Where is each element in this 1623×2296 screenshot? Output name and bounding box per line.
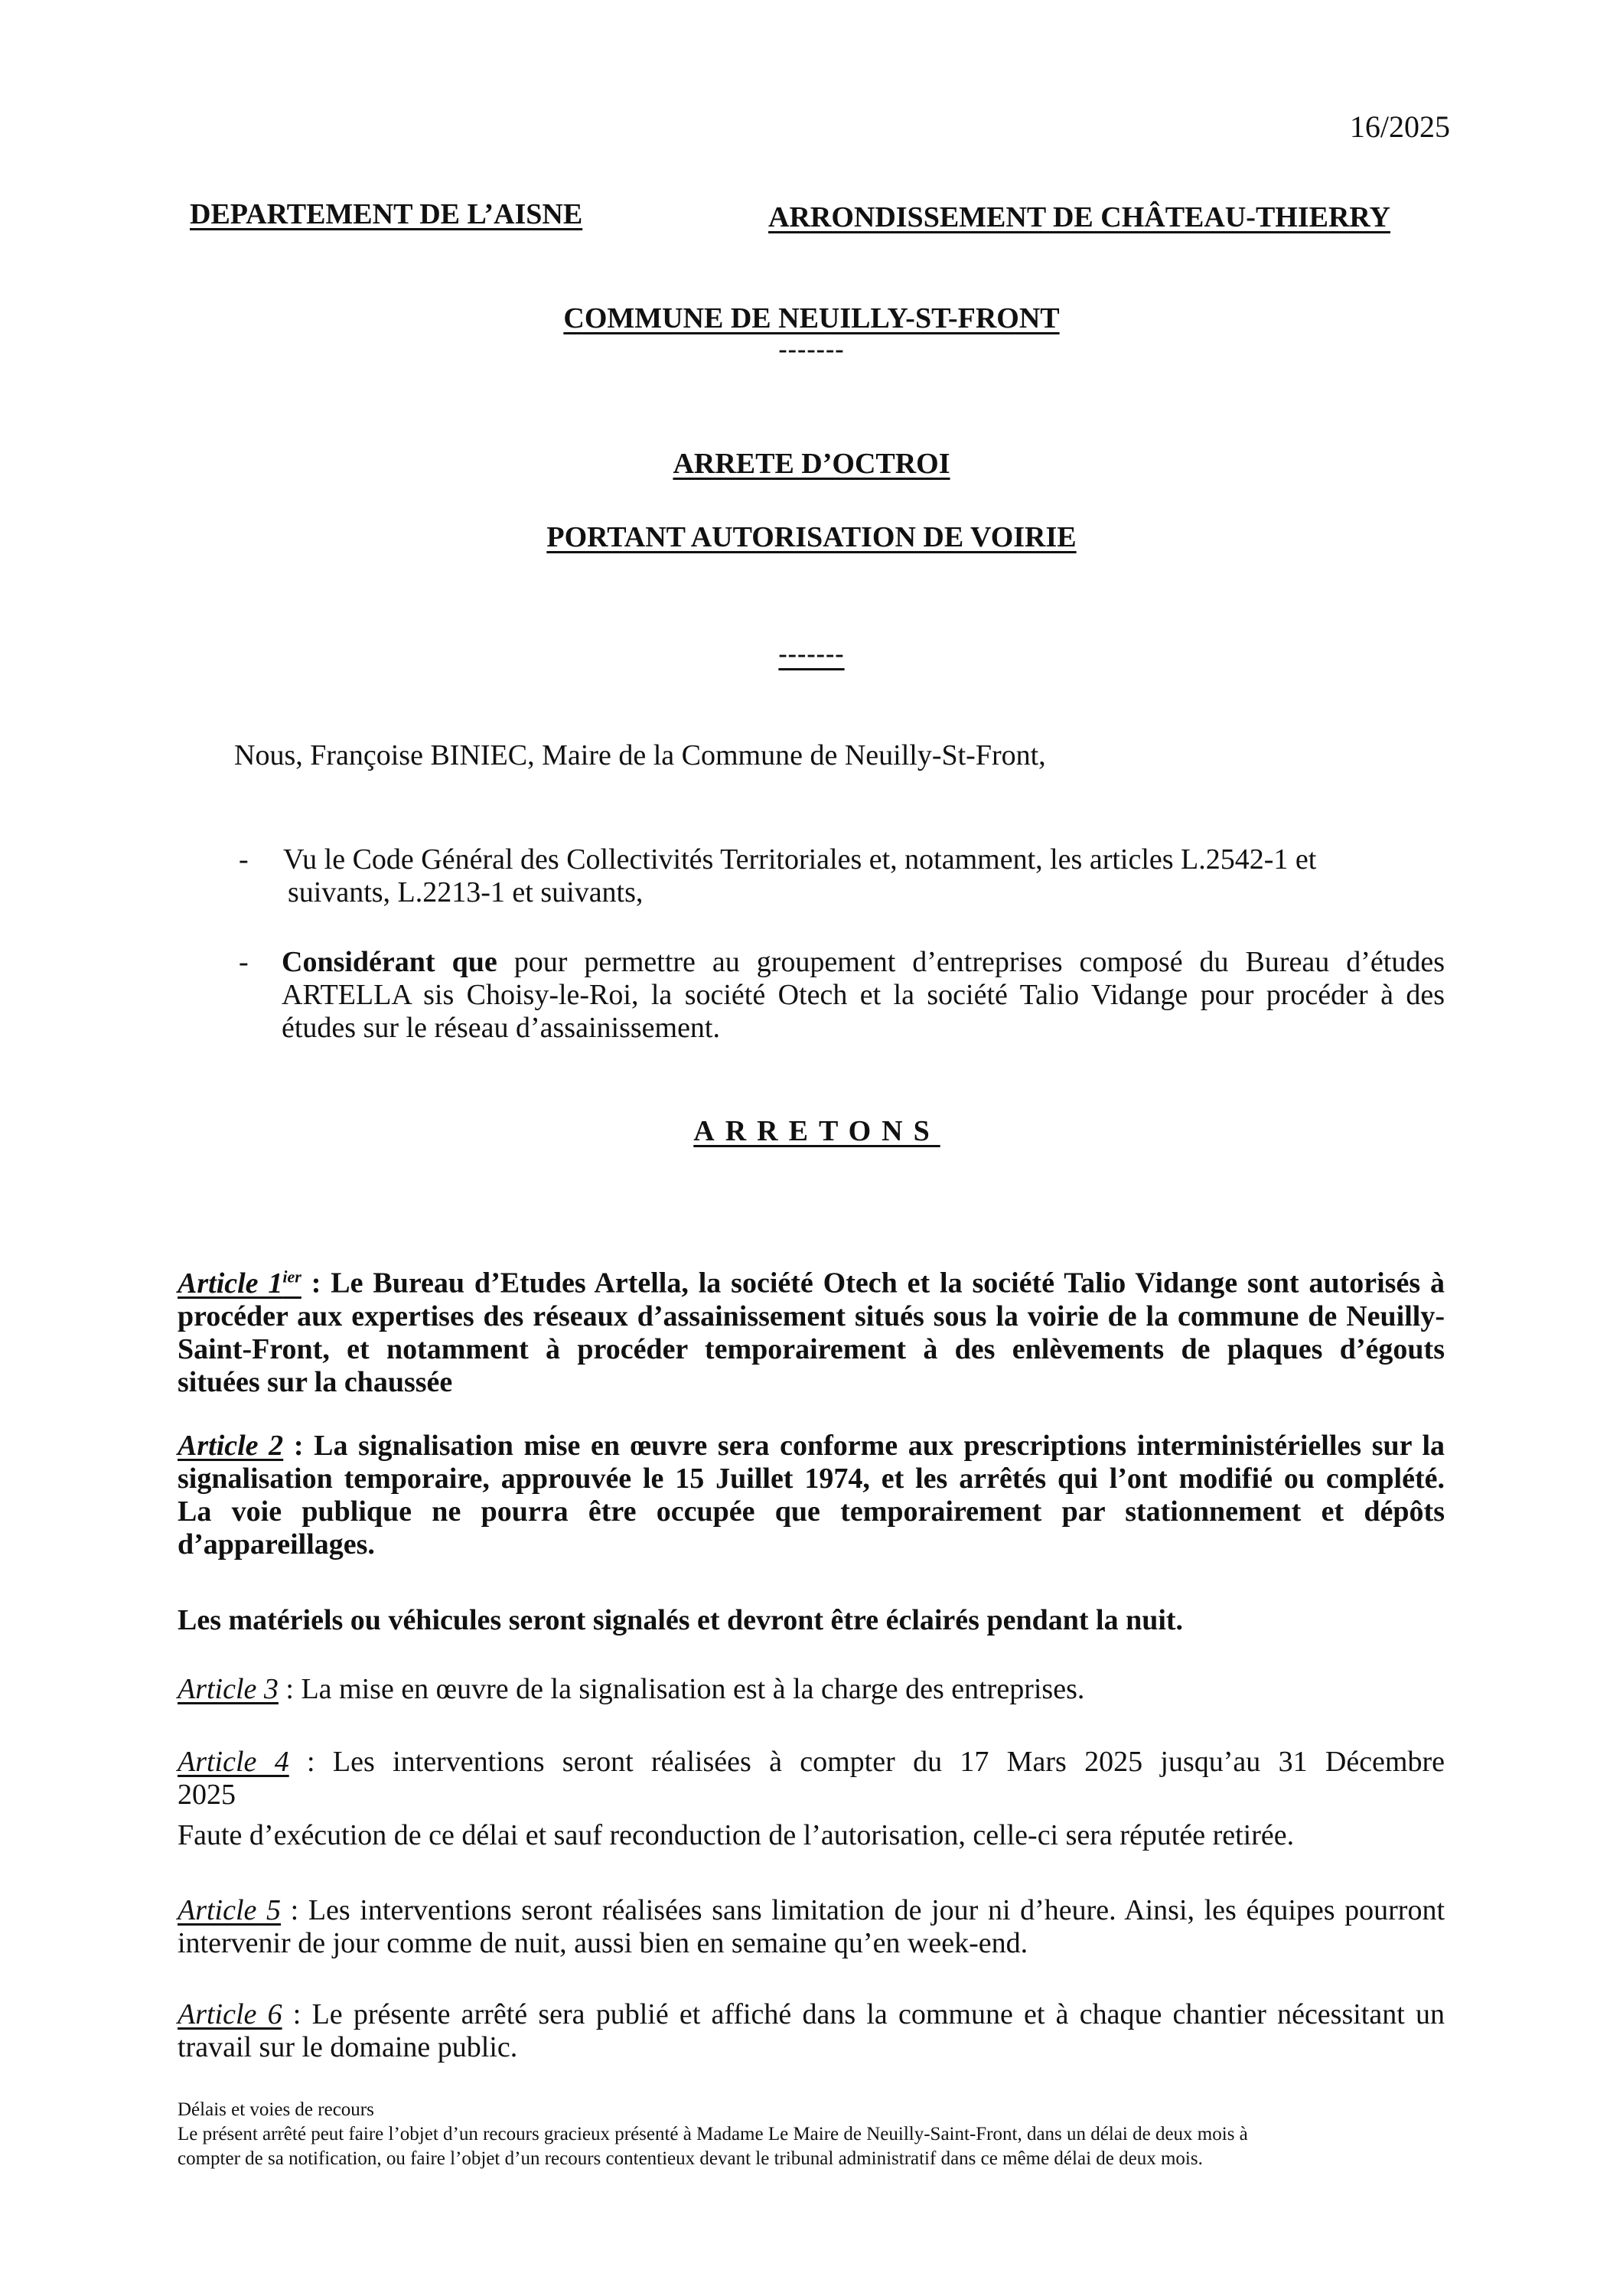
mayor-intro: Nous, Françoise BINIEC, Maire de la Comm… bbox=[234, 739, 1046, 772]
article-label: Article 5 bbox=[178, 1894, 281, 1926]
consideration-lead: Considérant que bbox=[282, 946, 497, 978]
article-5: Article 5 : Les interventions seront réa… bbox=[178, 1894, 1445, 1960]
article-1: Article 1ier : Le Bureau d’Etudes Artell… bbox=[178, 1260, 1445, 1399]
consideration-line: pour permettre au groupement d’entrepris… bbox=[497, 946, 1445, 978]
article-line: Faute d’exécution de ce délai et sauf re… bbox=[178, 1819, 1445, 1852]
reference-number: 16/2025 bbox=[1350, 110, 1450, 143]
separator-dashes: ------- bbox=[0, 640, 1623, 669]
article-label: Article 2 bbox=[178, 1430, 283, 1462]
article-3: Article 3 : La mise en œuvre de la signa… bbox=[178, 1673, 1445, 1706]
article-line: Saint-Front, et notamment à procéder tem… bbox=[178, 1333, 1445, 1366]
consideration-line: études sur le réseau d’assainissement. bbox=[282, 1012, 1445, 1045]
commune-heading: COMMUNE DE NEUILLY-ST-FRONT bbox=[0, 302, 1623, 335]
consideration-body: Considérant que pour permettre au groupe… bbox=[282, 946, 1445, 1045]
article-2: Article 2 : La signalisation mise en œuv… bbox=[178, 1430, 1445, 1561]
article-line: La voie publique ne pourra être occupée … bbox=[178, 1495, 1445, 1528]
article-line: signalisation temporaire, approuvée le 1… bbox=[178, 1463, 1445, 1495]
appeal-notice: Délais et voies de recours Le présent ar… bbox=[178, 2098, 1248, 2171]
document-subtitle: PORTANT AUTORISATION DE VOIRIE bbox=[0, 520, 1623, 554]
article-label: Article 6 bbox=[178, 1998, 282, 2030]
list-dash: - bbox=[239, 843, 249, 876]
appeal-line: compter de sa notification, ou faire l’o… bbox=[178, 2147, 1248, 2171]
article-label: Article 4 bbox=[178, 1746, 289, 1778]
article-line: travail sur le domaine public. bbox=[178, 2031, 1445, 2064]
consideration-line: ARTELLA sis Choisy-le-Roi, la société Ot… bbox=[282, 979, 1445, 1012]
consideration-line: Vu le Code Général des Collectivités Ter… bbox=[283, 843, 1316, 876]
appeal-line: Le présent arrêté peut faire l’objet d’u… bbox=[178, 2122, 1248, 2147]
arrondissement-heading: ARRONDISSEMENT DE CHÂTEAU-THIERRY bbox=[768, 201, 1390, 234]
article-line: 2025 bbox=[178, 1779, 1445, 1812]
article-line: intervenir de jour comme de nuit, aussi … bbox=[178, 1927, 1445, 1960]
appeal-heading: Délais et voies de recours bbox=[178, 2098, 1248, 2122]
article-line: situées sur la chaussée bbox=[178, 1366, 1445, 1399]
article-label: Article 3 bbox=[178, 1673, 279, 1705]
article-line: procéder aux expertises des réseaux d’as… bbox=[178, 1300, 1445, 1333]
article-4: Article 4 : Les interventions seront réa… bbox=[178, 1746, 1445, 1852]
article-2-note: Les matériels ou véhicules seront signal… bbox=[178, 1604, 1445, 1637]
article-label: Article 1ier bbox=[178, 1267, 301, 1300]
consideration-line: suivants, L.2213-1 et suivants, bbox=[288, 876, 643, 909]
decision-heading: ARRETONS bbox=[0, 1114, 1623, 1148]
list-dash: - bbox=[239, 946, 249, 979]
departement-heading: DEPARTEMENT DE L’AISNE bbox=[190, 197, 582, 231]
article-6: Article 6 : Le présente arrêté sera publ… bbox=[178, 1998, 1445, 2064]
separator-dashes: ------- bbox=[0, 335, 1623, 364]
document-title: ARRETE D’OCTROI bbox=[0, 447, 1623, 481]
article-line: d’appareillages. bbox=[178, 1528, 1445, 1561]
